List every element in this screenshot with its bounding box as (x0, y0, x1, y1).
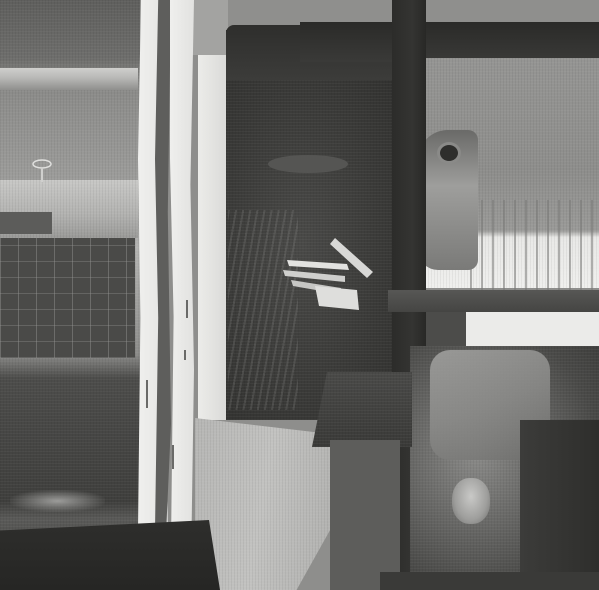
dark-fragment (426, 312, 466, 348)
dark-paper-scrap (0, 520, 220, 590)
paint-drip (184, 350, 186, 360)
bumper-highlight (10, 490, 105, 512)
paint-drips (470, 200, 599, 290)
bottom-dark-band (380, 572, 599, 590)
paint-drip (186, 300, 188, 318)
hood-dark-patch (0, 212, 52, 234)
figure-face (452, 478, 490, 524)
photo-dark-area (520, 420, 599, 590)
car-grille (0, 238, 135, 358)
windshield-chrome-bar (0, 68, 138, 90)
hand-icon (275, 230, 385, 320)
dark-paint-stroke (155, 0, 171, 530)
gray-paint-area (330, 440, 400, 590)
hat-brim-shape (268, 155, 348, 173)
hood-ornament-icon (30, 158, 54, 186)
paint-drip (172, 445, 174, 469)
eye-shape (440, 145, 458, 161)
paint-drip (146, 380, 148, 408)
white-paint-band (465, 312, 599, 346)
horizontal-board (388, 290, 599, 312)
gray-paint-block (188, 0, 228, 55)
dark-paper-scrap (312, 372, 412, 447)
collage-artwork (0, 0, 599, 590)
horizontal-dark-beam (300, 22, 599, 62)
